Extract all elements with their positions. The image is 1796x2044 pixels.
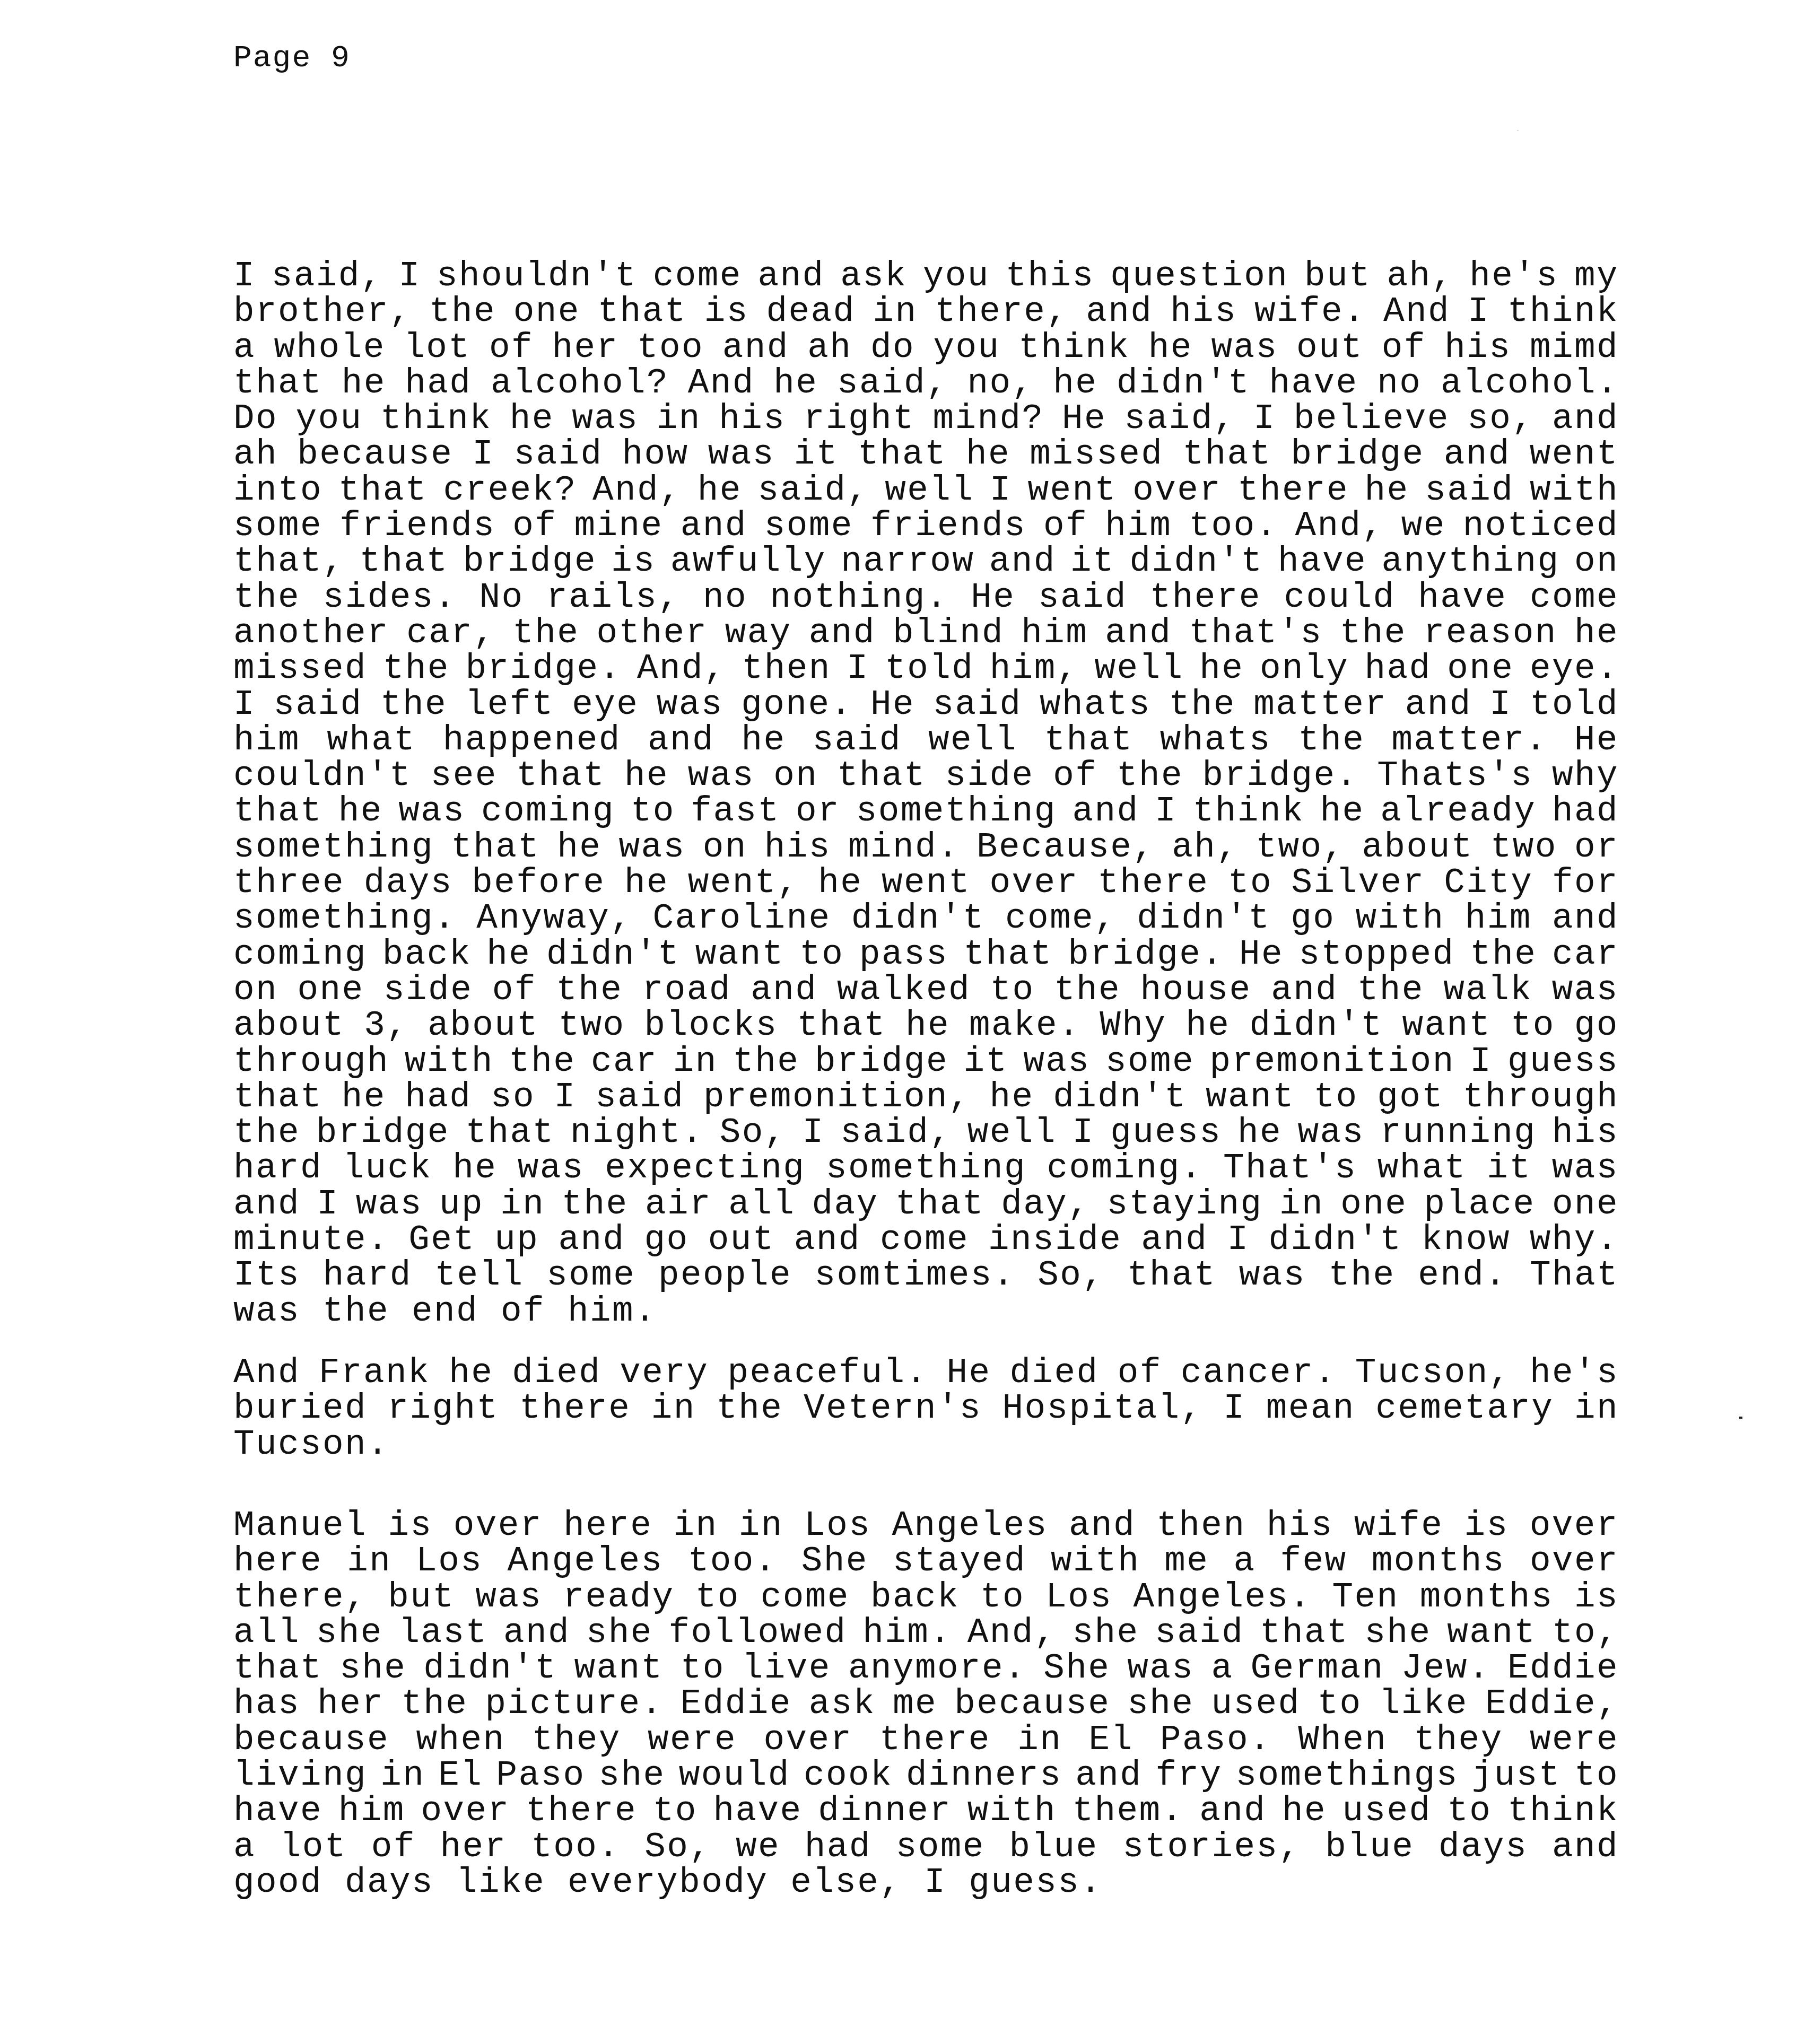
text-line: allshelastandshefollowedhim.And,shesaidt… bbox=[233, 1615, 1619, 1650]
text-line: somethingthathewasonhismind.Because,ah,t… bbox=[233, 829, 1619, 865]
text-line: himwhathappenedandhesaidwellthatwhatsthe… bbox=[233, 722, 1619, 758]
text-line: hereinLosAngelestoo.Shestayedwithmeafewm… bbox=[233, 1543, 1619, 1579]
text-line: buriedrightthereintheVetern'sHospital,Im… bbox=[233, 1391, 1619, 1426]
text-line: Doyouthinkhewasinhisrightmind?Hesaid,Ibe… bbox=[233, 401, 1619, 436]
text-line: brother,theonethatisdeadinthere,andhiswi… bbox=[233, 294, 1619, 329]
text-line: that,thatbridgeisawfullynarrowanditdidn'… bbox=[233, 544, 1619, 579]
text-line: ManuelisoverhereininLosAngelesandthenhis… bbox=[233, 1508, 1619, 1543]
text-line: missedthebridge.And,thenItoldhim,wellheo… bbox=[233, 651, 1619, 686]
text-line: thatshedidn'twanttoliveanymore.ShewasaGe… bbox=[233, 1650, 1619, 1686]
paragraph-frank: AndFrankhediedverypeaceful.Hediedofcance… bbox=[233, 1355, 1619, 1462]
page-number-header: Page 9 bbox=[233, 43, 351, 74]
scan-speck bbox=[1517, 130, 1519, 131]
text-line: AndFrankhediedverypeaceful.Hediedofcance… bbox=[233, 1355, 1619, 1391]
text-line: Tucson. bbox=[233, 1427, 1619, 1462]
text-line: somefriendsofmineandsomefriendsofhimtoo.… bbox=[233, 508, 1619, 544]
text-line: ononesideoftheroadandwalkedtothehouseand… bbox=[233, 972, 1619, 1008]
paragraph-manuel: ManuelisoverhereininLosAngelesandthenhis… bbox=[233, 1508, 1619, 1900]
text-line: was the end of him. bbox=[233, 1294, 1619, 1329]
text-line: threedaysbeforehewent,hewentovertheretoS… bbox=[233, 865, 1619, 901]
text-line: andIwasupintheairalldaythatday,stayingin… bbox=[233, 1186, 1619, 1222]
paragraph-brother-bridge-story: Isaid,Ishouldn'tcomeandaskyouthisquestio… bbox=[233, 258, 1619, 1329]
text-line: thathehadalcohol?Andhesaid,no,hedidn'tha… bbox=[233, 365, 1619, 401]
text-line: thesides.Norails,nonothing.Hesaidthereco… bbox=[233, 580, 1619, 615]
text-line: hasherthepicture.Eddieaskmebecausesheuse… bbox=[233, 1686, 1619, 1722]
text-line: anothercar,theotherwayandblindhimandthat… bbox=[233, 615, 1619, 651]
text-line: alotofhertoo.So,wehadsomebluestories,blu… bbox=[233, 1829, 1619, 1865]
text-line: Isaidthelefteyewasgone.Hesaidwhatsthemat… bbox=[233, 687, 1619, 722]
text-line: hardluckhewasexpectingsomethingcoming.Th… bbox=[233, 1150, 1619, 1186]
text-line: havehimovertheretohavedinnerwiththem.and… bbox=[233, 1793, 1619, 1829]
text-line: livinginElPasoshewouldcookdinnersandfrys… bbox=[233, 1758, 1619, 1793]
text-line: Itshardtellsomepeoplesomtimes.So,thatwas… bbox=[233, 1257, 1619, 1293]
text-line: intothatcreek?And,hesaid,wellIwentoverth… bbox=[233, 473, 1619, 508]
scan-speck bbox=[1739, 1417, 1742, 1419]
text-line: throughwiththecarinthebridgeitwassomepre… bbox=[233, 1044, 1619, 1079]
text-line: awholelotofhertooandahdoyouthinkhewasout… bbox=[233, 330, 1619, 365]
text-line: something.Anyway,Carolinedidn'tcome,didn… bbox=[233, 901, 1619, 936]
text-line: Isaid,Ishouldn'tcomeandaskyouthisquestio… bbox=[233, 258, 1619, 294]
text-line: thathewascomingtofastorsomethingandIthin… bbox=[233, 793, 1619, 829]
text-line: thathehadsoIsaidpremonition,hedidn'twant… bbox=[233, 1079, 1619, 1115]
text-line: comingbackhedidn'twanttopassthatbridge.H… bbox=[233, 937, 1619, 972]
text-line: ahbecauseIsaidhowwasitthathemissedthatbr… bbox=[233, 436, 1619, 472]
text-line: there,butwasreadytocomebacktoLosAngeles.… bbox=[233, 1579, 1619, 1615]
text-line: minute.GetupandgooutandcomeinsideandIdid… bbox=[233, 1222, 1619, 1257]
text-line: couldn'tseethathewasonthatsideofthebridg… bbox=[233, 758, 1619, 793]
text-line: becausewhentheywereoverthereinElPaso.Whe… bbox=[233, 1722, 1619, 1758]
text-line: about3,abouttwoblocksthathemake.Whyhedid… bbox=[233, 1008, 1619, 1043]
text-line: good days like everybody else, I guess. bbox=[233, 1865, 1619, 1900]
text-line: thebridgethatnight.So,Isaid,wellIguesshe… bbox=[233, 1115, 1619, 1150]
